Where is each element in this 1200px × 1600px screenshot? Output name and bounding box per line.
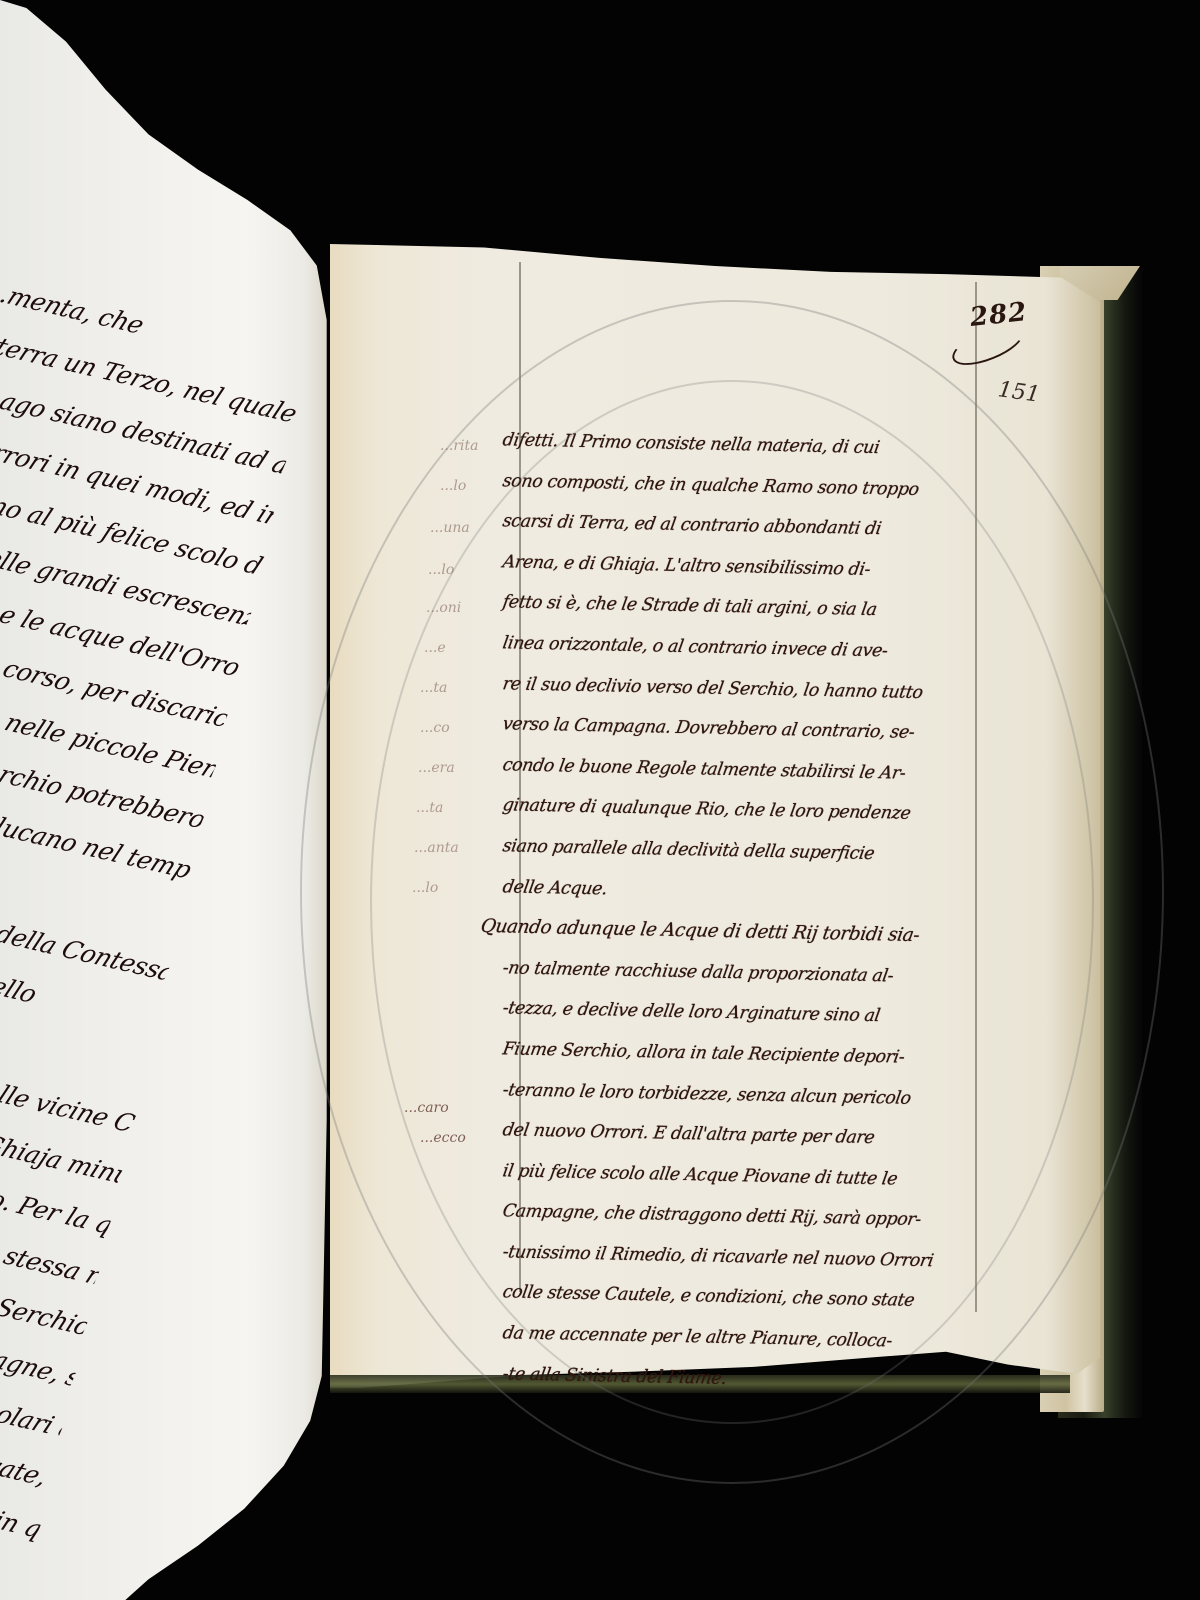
left-page: ...menta, che ...terra un Terzo, nel qua…	[0, 0, 330, 1600]
left-page-text: ...menta, che ...terra un Terzo, nel qua…	[0, 265, 314, 1555]
right-page-text: difetti. Il Primo consiste nella materia…	[490, 425, 970, 1399]
margin-rule-right	[975, 282, 977, 1312]
